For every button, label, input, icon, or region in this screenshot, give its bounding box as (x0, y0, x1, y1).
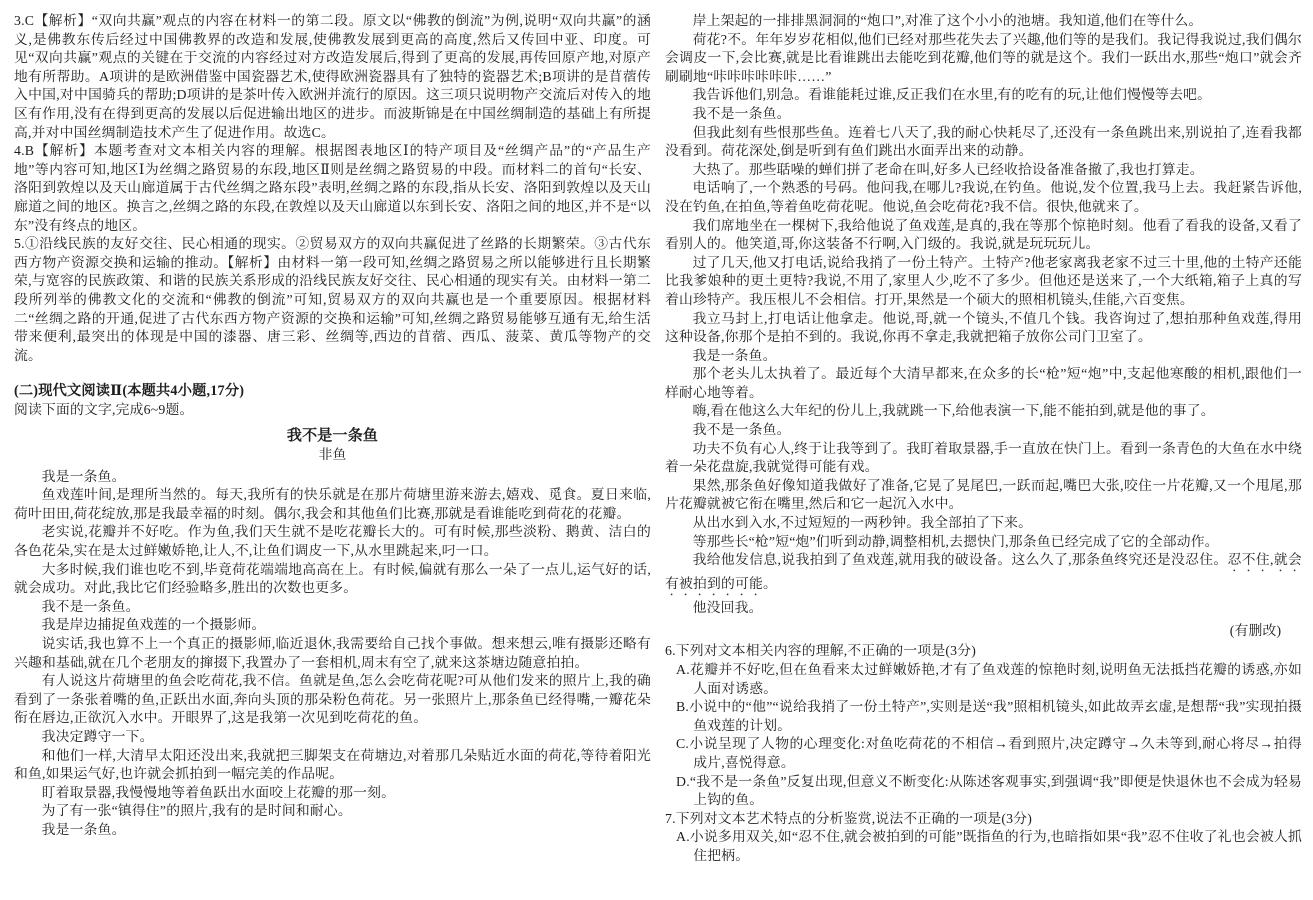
story-para: 岸上架起的一排排黑洞洞的“炮口”,对准了这个小小的池塘。我知道,他们在等什么。 (665, 12, 1302, 31)
story-paragraph-emphasized: 我给他发信息,说我拍到了鱼戏莲,就用我的破设备。这么久了,那条鱼终究还是没忍住。… (665, 551, 1302, 599)
question-6-option-c: C.小说呈现了人物的心理变化:对鱼吃荷花的不相信→看到照片,决定蹲守→久未等到,… (665, 735, 1302, 772)
question-6-option-a: A.花瓣并不好吃,但在鱼看来太过鲜嫩娇艳,才有了鱼戏莲的惊艳时刻,说明鱼无法抵挡… (665, 661, 1302, 698)
question-7-stem: 7.下列对文本艺术特点的分析鉴赏,说法不正确的一项是(3分) (665, 810, 1302, 829)
story-para: 我告诉他们,别急。看谁能耗过谁,反正我们在水里,有的吃有的玩,让他们慢慢等去吧。 (665, 86, 1302, 105)
story-para: 有人说这片荷塘里的鱼会吃荷花,我不信。鱼就是鱼,怎么会吃荷花呢?可从他们发来的照… (14, 672, 651, 728)
text-segment: 。 (763, 576, 777, 591)
text-segment: 我给他发信息,说我拍到了鱼戏莲,就用我的破设备。这么久了,那条鱼终究还是没忍住。 (693, 552, 1228, 567)
story-title: 我不是一条鱼 (14, 427, 651, 446)
story-para: 我是岸边捕捉鱼戏莲的一个摄影师。 (14, 616, 651, 635)
question-6-option-d: D.“我不是一条鱼”反复出现,但意义不断变化:从陈述客观事实,到强调“我”即便是… (665, 773, 1302, 810)
story-para: 等那些长“枪”短“炮”们听到动静,调整相机,去摁快门,那条鱼已经完成了它的全部动… (665, 533, 1302, 552)
left-column: 3.C【解析】“双向共赢”观点的内容在材料一的第二段。原文以“佛教的倒流”为例,… (14, 12, 651, 892)
story-para: 荷花?不。年年岁岁花相似,他们已经对那些花失去了兴趣,他们等的是我们。我记得我说… (665, 31, 1302, 87)
story-para: 但我此刻有些恨那些鱼。连着七八天了,我的耐心快耗尽了,还没有一条鱼跳出来,别说拍… (665, 124, 1302, 161)
attribution: (有删改) (665, 622, 1302, 641)
story-para: 老实说,花瓣并不好吃。作为鱼,我们天生就不是吃花瓣长大的。可有时候,那些淡粉、鹅… (14, 523, 651, 560)
question-6-stem: 6.下列对文本相关内容的理解,不正确的一项是(3分) (665, 642, 1302, 661)
story-para: 盯着取景器,我慢慢地等着鱼跃出水面咬上花瓣的那一刻。 (14, 784, 651, 803)
story-para: 那个老头儿太执着了。最近每个大清早都来,在众多的长“枪”短“炮”中,支起他寒酸的… (665, 365, 1302, 402)
story-para: 电话响了,一个熟悉的号码。他问我,在哪儿?我说,在钓鱼。他说,发个位置,我马上去… (665, 179, 1302, 216)
story-para: 我是一条鱼。 (665, 347, 1302, 366)
story-para: 为了有一张“镇得住”的照片,我有的是时间和耐心。 (14, 802, 651, 821)
story-para: 大多时候,我们谁也吃不到,毕竟荷花端端地高高在上。有时候,偏就有那么一朵了一点儿… (14, 561, 651, 598)
story-para: 说实话,我也算不上一个真正的摄影师,临近退休,我需要给自己找个事做。想来想云,唯… (14, 635, 651, 672)
story-para: 我是一条鱼。 (14, 821, 651, 840)
story-para: 我不是一条鱼。 (665, 105, 1302, 124)
story-para: 我决定蹲守一下。 (14, 728, 651, 747)
story-para: 嗨,看在他这么大年纪的份儿上,我就跳一下,给他表演一下,能不能拍到,就是他的事了… (665, 402, 1302, 421)
story-para: 功夫不负有心人,终于让我等到了。我盯着取景器,手一直放在快门上。看到一条青色的大… (665, 440, 1302, 477)
story-para: 大热了。那些聒噪的蝉们拼了老命在叫,好多人已经收拾设备准备撤了,我也打算走。 (665, 161, 1302, 180)
question-7-option-a: A.小说多用双关,如“忍不住,就会被拍到的可能”既指鱼的行为,也暗指如果“我”忍… (665, 828, 1302, 865)
story-para: 我不是一条鱼。 (665, 421, 1302, 440)
story-para: 果然,那条鱼好像知道我做好了准备,它晃了晃尾巴,一跃而起,嘴巴大张,咬住一片花瓣… (665, 477, 1302, 514)
question-6-option-b: B.小说中的“他”“说给我捎了一份土特产”,实则是送“我”照相机镜头,如此故弄玄… (665, 698, 1302, 735)
story-para: 我是一条鱼。 (14, 468, 651, 487)
analysis-item-3: 3.C【解析】“双向共赢”观点的内容在材料一的第二段。原文以“佛教的倒流”为例,… (14, 12, 651, 142)
right-column: 岸上架起的一排排黑洞洞的“炮口”,对准了这个小小的池塘。我知道,他们在等什么。荷… (665, 12, 1302, 892)
story-author: 非鱼 (14, 446, 651, 465)
analysis-item-5: 5.①沿线民族的友好交往、民心相通的现实。②贸易双方的双向共赢促进了丝路的长期繁… (14, 235, 651, 365)
story-para: 我立马封上,打电话让他拿走。他说,哥,就一个镜头,不值几个钱。我咨询过了,想拍那… (665, 310, 1302, 347)
story-para: 鱼戏莲叶间,是理所当然的。每天,我所有的快乐就是在那片荷塘里游来游去,嬉戏、觅食… (14, 486, 651, 523)
story-para: 和他们一样,大清早太阳还没出来,我就把三脚架支在荷塘边,对着那几朵贴近水面的荷花… (14, 747, 651, 784)
reading-instruction: 阅读下面的文字,完成6~9题。 (14, 401, 651, 420)
story-para: 过了几天,他又打电话,说给我捎了一份土特产。土特产?他老家离我老家不过三十里,他… (665, 254, 1302, 310)
section-heading: (二)现代文阅读Ⅱ(本题共4小题,17分) (14, 382, 651, 401)
story-para: 他没回我。 (665, 599, 1302, 618)
story-para: 我们席地坐在一棵树下,我给他说了鱼戏莲,是真的,我在等那个惊艳时刻。他看了看我的… (665, 217, 1302, 254)
analysis-item-4: 4.B【解析】本题考查对文本相关内容的理解。根据图表地区Ⅰ的特产项目及“丝绸产品… (14, 142, 651, 235)
exam-paper-page: 3.C【解析】“双向共赢”观点的内容在材料一的第二段。原文以“佛教的倒流”为例,… (0, 0, 1313, 900)
story-para: 我不是一条鱼。 (14, 598, 651, 617)
story-para: 从出水到入水,不过短短的一两秒钟。我全部拍了下来。 (665, 514, 1302, 533)
